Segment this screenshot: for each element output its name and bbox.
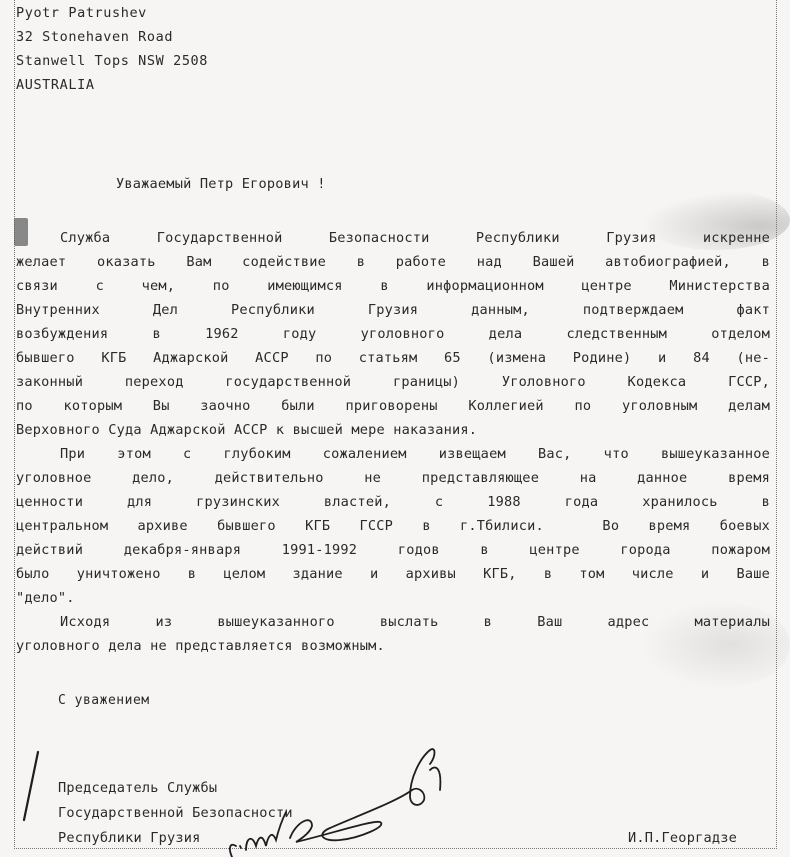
paragraph-1-line: законный переход государственной границы… bbox=[16, 372, 770, 392]
paragraph-1-line: по которым Вы заочно были приговорены Ко… bbox=[16, 396, 770, 416]
paragraph-1-line: возбуждения в 1962 году уголовного дела … bbox=[16, 324, 770, 344]
signer-title-line: Государственной Безопасности bbox=[58, 803, 293, 823]
paragraph-2-line: центральном архиве бывшего КГБ ГССР в г.… bbox=[16, 516, 770, 536]
salutation: Уважаемый Петр Егорович ! bbox=[116, 174, 326, 194]
paragraph-3-line: Исходя из вышеуказанного выслать в Ваш а… bbox=[60, 612, 770, 632]
paragraph-1-line: Служба Государственной Безопасности Респ… bbox=[60, 228, 770, 248]
paragraph-3-line: уголовного дела не представляется возмож… bbox=[16, 636, 770, 656]
letter-page: Pyotr Patrushev 32 Stonehaven Road Stanw… bbox=[0, 0, 790, 857]
recipient-country: AUSTRALIA bbox=[16, 75, 95, 95]
paragraph-1-line: бывшего КГБ Аджарской АССР по статьям 65… bbox=[16, 348, 770, 368]
signer-title-line: Председатель Службы bbox=[58, 778, 217, 798]
paragraph-1-line: желает оказать Вам содействие в работе н… bbox=[16, 252, 770, 272]
paragraph-1-line: Внутренних Дел Республики Грузия данным,… bbox=[16, 300, 770, 320]
signer-name: И.П.Георгадзе bbox=[628, 828, 737, 848]
closing: С уважением bbox=[58, 691, 150, 711]
recipient-city: Stanwell Tops NSW 2508 bbox=[16, 51, 208, 71]
paragraph-2-line: действий декабря-января 1991-1992 годов … bbox=[16, 540, 770, 560]
paragraph-2-line: ценности для грузинских властей, с 1988 … bbox=[16, 492, 770, 512]
paragraph-2-line: уголовное дело, действительно не предста… bbox=[16, 468, 770, 488]
paragraph-2-line: При этом с глубоким сожалением извещаем … bbox=[60, 444, 770, 464]
recipient-street: 32 Stonehaven Road bbox=[16, 27, 173, 47]
paragraph-1-line: связи с чем, по имеющимся в информационн… bbox=[16, 276, 770, 296]
signer-title-line: Республики Грузия bbox=[58, 828, 201, 848]
recipient-name: Pyotr Patrushev bbox=[16, 3, 147, 23]
paragraph-2-line: было уничтожено в целом здание и архивы … bbox=[16, 564, 770, 584]
paragraph-2-line: "дело". bbox=[16, 588, 770, 608]
paragraph-1-line: Верховного Суда Аджарской АССР к высшей … bbox=[16, 420, 770, 440]
